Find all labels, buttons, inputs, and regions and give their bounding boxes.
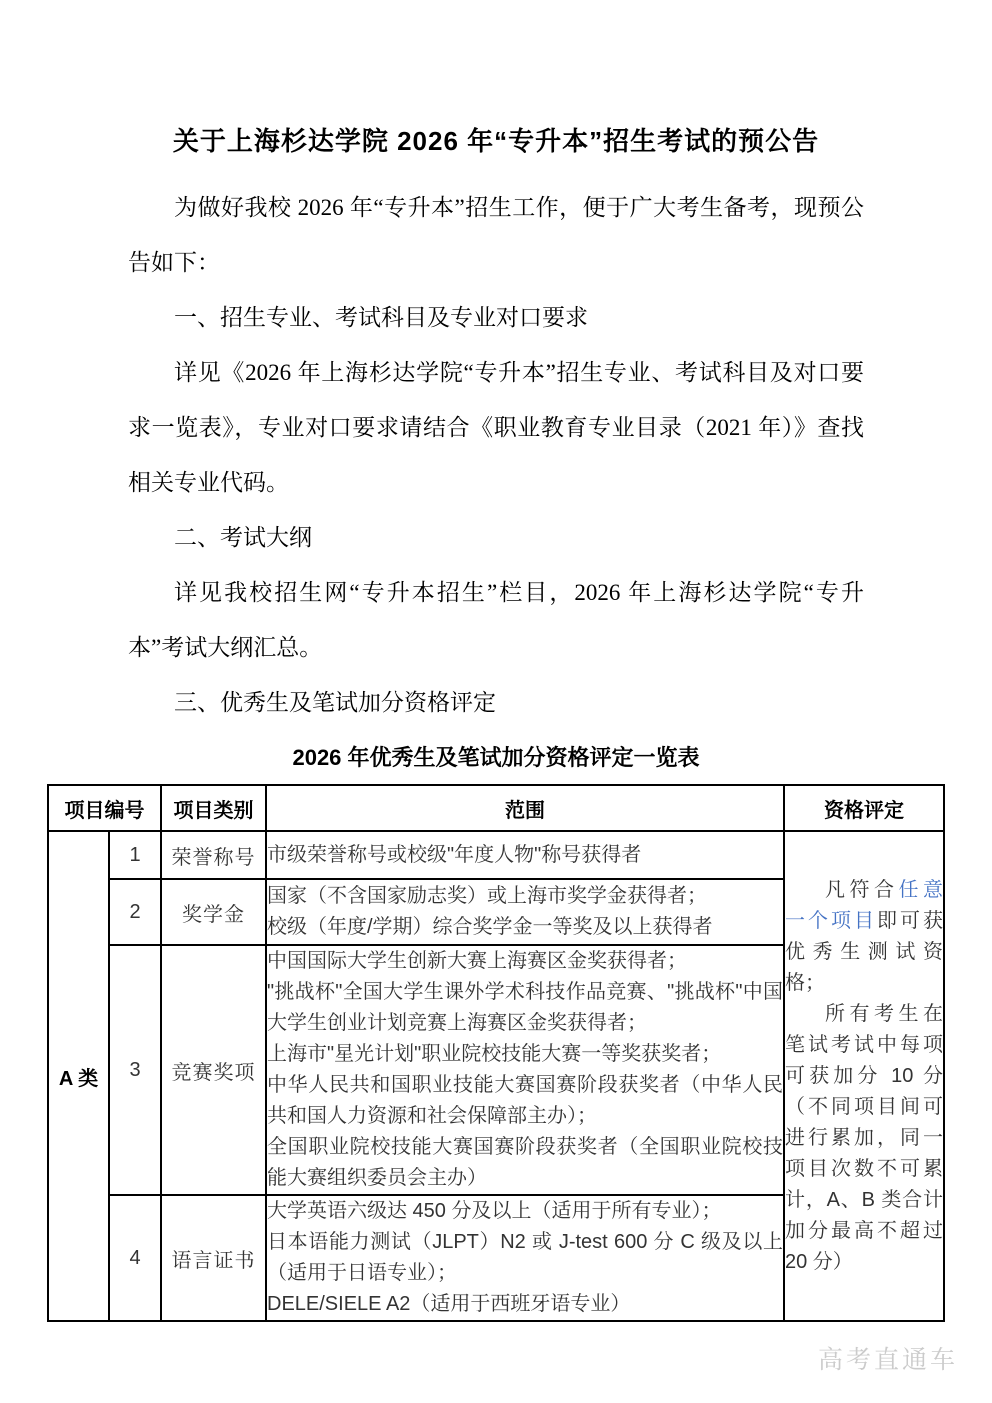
row-1-category: 荣誉称号	[161, 831, 266, 879]
header-qualification: 资格评定	[784, 785, 944, 831]
scope-item: 国家（不含国家励志奖）或上海市奖学金获得者；	[267, 881, 783, 912]
scope-item: 中华人民共和国职业技能大赛国赛阶段获奖者（中华人民共和国人力资源和社会保障部主办…	[267, 1070, 783, 1132]
row-2-number: 2	[109, 879, 161, 945]
section-2-paragraph: 详见我校招生网“专升本招生”栏目，2026 年上海杉达学院“专升本”考试大纲汇总…	[128, 565, 864, 675]
row-4-category: 语言证书	[161, 1195, 266, 1321]
scope-item: DELE/SIELE A2（适用于西班牙语专业）	[267, 1289, 783, 1320]
row-2-scope: 国家（不含国家励志奖）或上海市奖学金获得者； 校级（年度/学期）综合奖学金一等奖…	[266, 879, 784, 945]
scope-item: 中国国际大学生创新大赛上海赛区金奖获得者；	[267, 946, 783, 977]
document-page: 关于上海杉达学院 2026 年“专升本”招生考试的预公告 为做好我校 2026 …	[0, 0, 992, 1403]
qualification-cell: 凡符合任意一个项目即可获优秀生测试资格； 所有考生在笔试考试中每项可获加分 10…	[784, 831, 944, 1321]
scope-item: 全国职业院校技能大赛国赛阶段获奖者（全国职业院校技能大赛组织委员会主办）	[267, 1132, 783, 1194]
qualification-table: 项目编号 项目类别 范围 资格评定 A 类 1 荣誉称号 市级荣誉称号或校级"年…	[47, 784, 945, 1322]
watermark: 高考直通车	[818, 1340, 958, 1376]
section-1-heading: 一、招生专业、考试科目及专业对口要求	[128, 290, 864, 345]
qualification-paragraph-1: 凡符合任意一个项目即可获优秀生测试资格；	[785, 875, 943, 999]
qualification-paragraph-2: 所有考生在笔试考试中每项可获加分 10 分（不同项目间可进行累加，同一项目次数不…	[785, 999, 943, 1278]
document-body: 为做好我校 2026 年“专升本”招生工作，便于广大考生备考，现预公告如下： 一…	[128, 180, 864, 730]
group-a-cell: A 类	[48, 831, 109, 1321]
section-3-heading: 三、优秀生及笔试加分资格评定	[128, 675, 864, 730]
row-1-number: 1	[109, 831, 161, 879]
qualification-text: 凡符合	[825, 879, 899, 901]
row-4-number: 4	[109, 1195, 161, 1321]
table-title: 2026 年优秀生及笔试加分资格评定一览表	[0, 738, 992, 778]
row-3-category: 竞赛奖项	[161, 945, 266, 1195]
header-category: 项目类别	[161, 785, 266, 831]
scope-item: 日本语能力测试（JLPT）N2 或 J-test 600 分 C 级及以上（适用…	[267, 1227, 783, 1289]
section-1-paragraph: 详见《2026 年上海杉达学院“专升本”招生专业、考试科目及对口要求一览表》，专…	[128, 345, 864, 510]
row-2-category: 奖学金	[161, 879, 266, 945]
scope-item: "挑战杯"全国大学生课外学术科技作品竞赛、"挑战杯"中国大学生创业计划竞赛上海赛…	[267, 977, 783, 1039]
table-row: A 类 1 荣誉称号 市级荣誉称号或校级"年度人物"称号获得者 凡符合任意一个项…	[48, 831, 944, 879]
row-1-scope: 市级荣誉称号或校级"年度人物"称号获得者	[266, 831, 784, 879]
table-header-row: 项目编号 项目类别 范围 资格评定	[48, 785, 944, 831]
scope-item: 大学英语六级达 450 分及以上（适用于所有专业）；	[267, 1196, 783, 1227]
row-3-number: 3	[109, 945, 161, 1195]
section-2-heading: 二、考试大纲	[128, 510, 864, 565]
paragraph-intro: 为做好我校 2026 年“专升本”招生工作，便于广大考生备考，现预公告如下：	[128, 180, 864, 290]
scope-item: 上海市"星光计划"职业院校技能大赛一等奖获奖者；	[267, 1039, 783, 1070]
header-project-no: 项目编号	[48, 785, 161, 831]
scope-item: 校级（年度/学期）综合奖学金一等奖及以上获得者	[267, 912, 783, 943]
row-3-scope: 中国国际大学生创新大赛上海赛区金奖获得者； "挑战杯"全国大学生课外学术科技作品…	[266, 945, 784, 1195]
row-4-scope: 大学英语六级达 450 分及以上（适用于所有专业）； 日本语能力测试（JLPT）…	[266, 1195, 784, 1321]
header-scope: 范围	[266, 785, 784, 831]
scope-item: 市级荣誉称号或校级"年度人物"称号获得者	[267, 840, 783, 871]
document-title: 关于上海杉达学院 2026 年“专升本”招生考试的预公告	[0, 0, 992, 162]
